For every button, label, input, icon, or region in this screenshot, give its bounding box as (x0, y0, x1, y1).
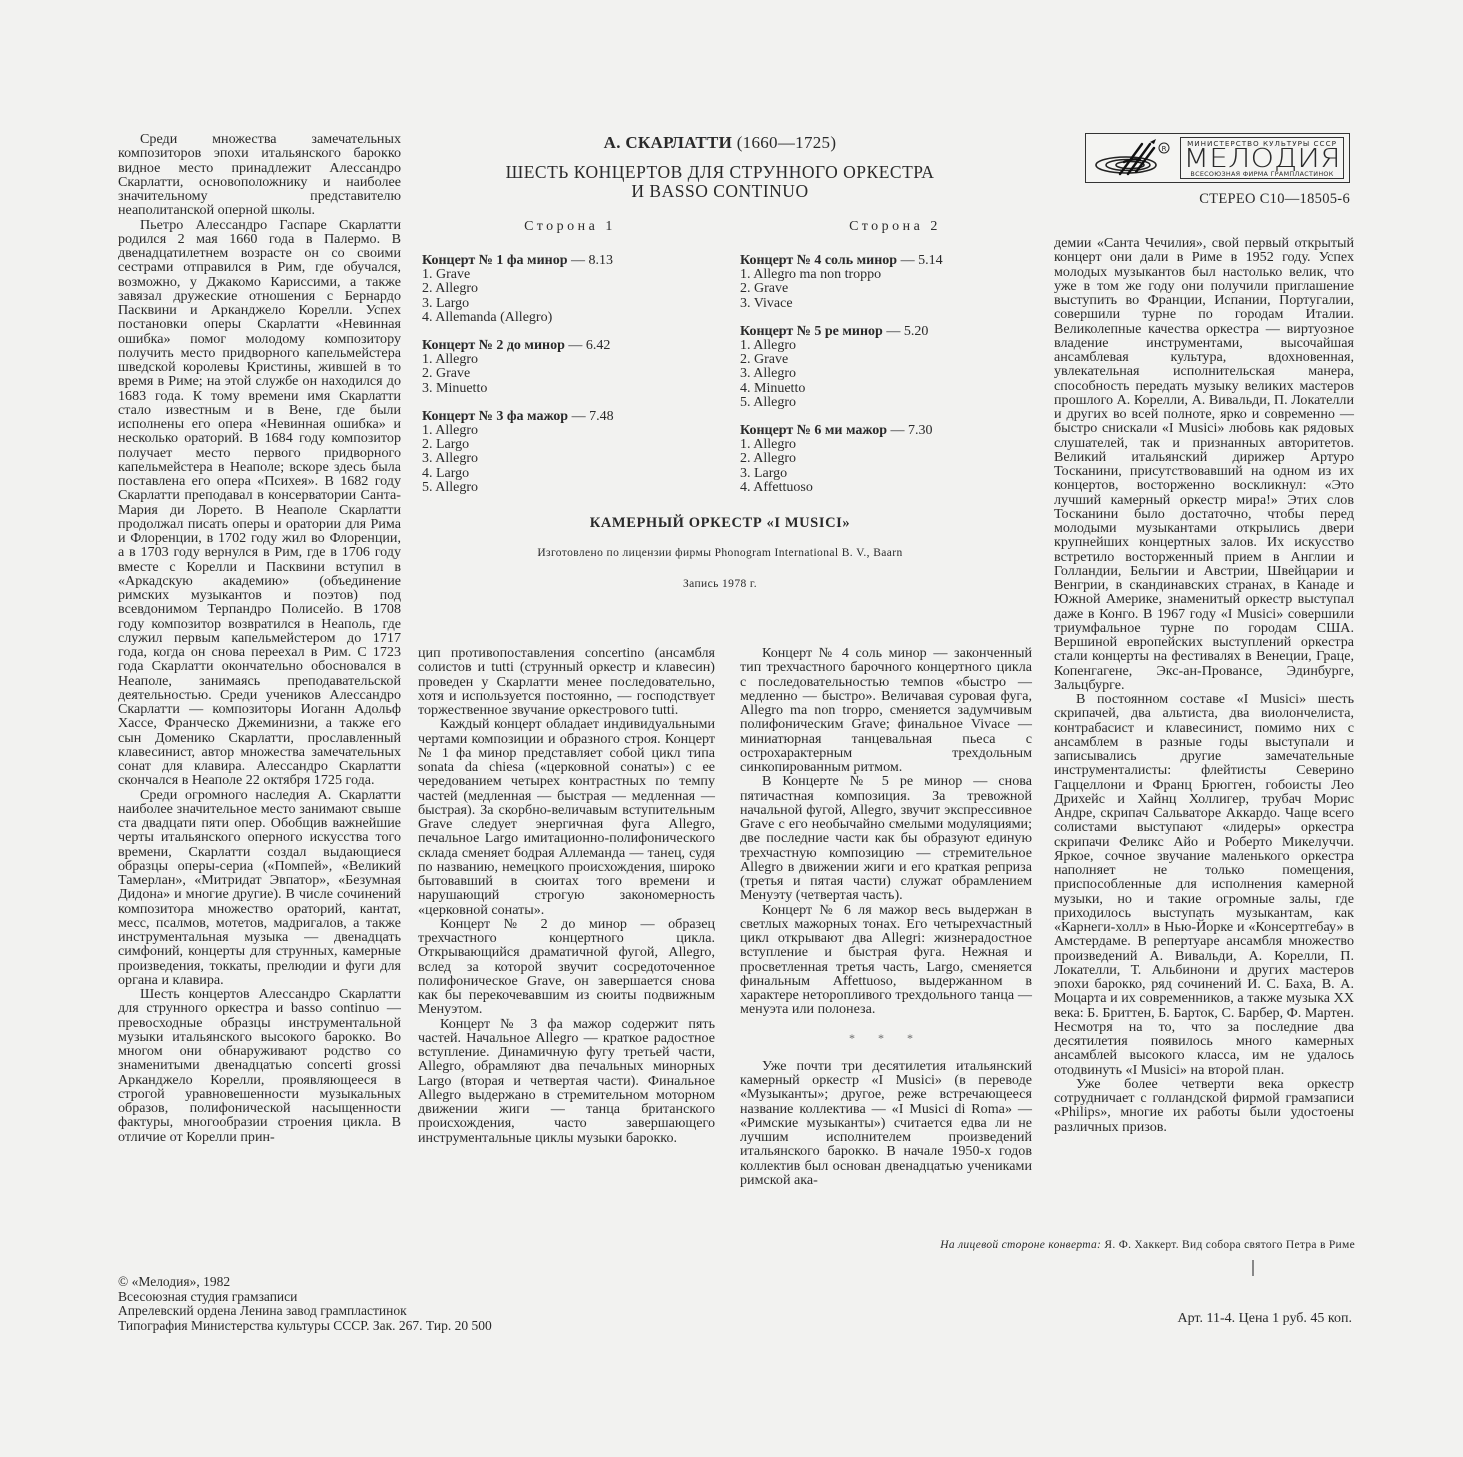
movement-item: 1. Allegro (740, 438, 1040, 452)
concerto-title: Концерт № 6 ми мажор — 7.30 (740, 424, 1040, 438)
catalog-number: СТЕРЕО С10—18505-6 (1180, 191, 1350, 208)
movement-item: 2. Grave (422, 367, 722, 381)
movement-item: 2. Grave (740, 282, 1040, 296)
melodiya-logo: R МИНИСТЕРСТВО КУЛЬТУРЫ СССР МЕЛОДИЯ ВСЕ… (1085, 133, 1350, 183)
concerto-title: Концерт № 4 соль минор — 5.14 (740, 254, 1040, 268)
movement-item: 2. Largo (422, 438, 722, 452)
paragraph: Концерт № 6 ля мажор весь выдержан в све… (740, 903, 1032, 1017)
concerto-title: Концерт № 5 ре минор — 5.20 (740, 325, 1040, 339)
concerto-duration: — 8.13 (571, 253, 613, 268)
concerto-duration: — 5.20 (886, 324, 928, 339)
paragraph: В постоянном составе «I Musici» шесть ск… (1054, 692, 1354, 1077)
movement-item: 3. Vivace (740, 297, 1040, 311)
movement-item: 1. Allegro (740, 339, 1040, 353)
movement-item: 1. Allegro ma non troppo (740, 268, 1040, 282)
print-mark (1252, 1260, 1254, 1276)
movement-item: 2. Allegro (740, 452, 1040, 466)
section-separator: * * * (740, 1031, 1032, 1045)
ensemble-name: КАМЕРНЫЙ ОРКЕСТР «I MUSICI» (420, 515, 1020, 532)
studio-line: Всесоюзная студия грамзаписи (118, 1290, 618, 1305)
movement-item: 2. Grave (740, 353, 1040, 367)
concerto-duration: — 6.42 (568, 338, 610, 353)
paragraph: Среди множества замечательных композитор… (118, 132, 401, 218)
composer-heading: А. СКАРЛАТТИ (1660—1725) (420, 133, 1020, 153)
composer-name: А. СКАРЛАТТИ (604, 133, 732, 152)
movement-item: 3. Largo (422, 297, 722, 311)
movement-item: 1. Grave (422, 268, 722, 282)
liner-notes-column-1: Среди множества замечательных композитор… (118, 132, 401, 1144)
concerto-block: Концерт № 3 фа мажор — 7.481. Allegro2. … (422, 410, 722, 495)
liner-notes-column-3: Концерт № 4 соль минор — законченный тип… (740, 646, 1032, 1187)
paragraph: Шесть концертов Алессандро Скарлатти для… (118, 987, 401, 1144)
album-title-line1: ШЕСТЬ КОНЦЕРТОВ ДЛЯ СТРУННОГО ОРКЕСТРА (420, 163, 1020, 182)
movement-item: 2. Allegro (422, 282, 722, 296)
liner-notes-column-2: цип противопоставления concertino (ансам… (418, 646, 715, 1145)
paragraph: Концерт № 4 соль минор — законченный тип… (740, 646, 1032, 774)
logo-brand-name: МЕЛОДИЯ (1169, 148, 1355, 170)
license-note: Изготовлено по лицензии фирмы Phonogram … (420, 547, 1020, 559)
movement-item: 3. Minuetto (422, 382, 722, 396)
movement-item: 3. Allegro (740, 367, 1040, 381)
paragraph: Среди огромного наследия А. Скарлатти на… (118, 788, 401, 988)
paragraph: Концерт № 3 фа мажор содержит пять часте… (418, 1017, 715, 1145)
svg-text:R: R (1162, 145, 1167, 153)
copyright-line: © «Мелодия», 1982 (118, 1275, 618, 1290)
concerto-title: Концерт № 2 до минор — 6.42 (422, 339, 722, 353)
paragraph: Уже почти три десятилетия итальянский ка… (740, 1059, 1032, 1187)
concerto-title: Концерт № 3 фа мажор — 7.48 (422, 410, 722, 424)
concerto-block: Концерт № 6 ми мажор — 7.301. Allegro2. … (740, 424, 1040, 495)
concerto-block: Концерт № 4 соль минор — 5.141. Allegro … (740, 254, 1040, 311)
concerto-block: Концерт № 1 фа минор — 8.131. Grave2. Al… (422, 254, 722, 325)
side-2-heading: Сторона 2 (735, 219, 1055, 235)
cover-art-credit-text: Я. Ф. Хаккерт. Вид собора святого Петра … (1104, 1239, 1355, 1251)
composer-years: (1660—1725) (737, 133, 837, 152)
album-title-line2: И BASSO CONTINUO (420, 182, 1020, 201)
concerto-duration: — 7.30 (890, 423, 932, 438)
concerto-duration: — 5.14 (901, 253, 943, 268)
price-line: Арт. 11-4. Цена 1 руб. 45 коп. (1060, 1311, 1352, 1327)
movement-item: 5. Allegro (422, 481, 722, 495)
liner-notes-column-4: демии «Санта Чечилия», свой первый откры… (1054, 236, 1354, 1134)
cover-art-credit: На лицевой стороне конверта: Я. Ф. Хакке… (840, 1239, 1355, 1251)
movement-item: 4. Affettuoso (740, 481, 1040, 495)
side-1-heading: Сторона 1 (420, 219, 720, 235)
paragraph: В Концерте № 5 ре минор — снова пятичаст… (740, 774, 1032, 902)
movement-item: 4. Allemanda (Allegro) (422, 311, 722, 325)
concerto-title: Концерт № 1 фа минор — 8.13 (422, 254, 722, 268)
paragraph: Уже более четверти века оркестр сотрудни… (1054, 1077, 1354, 1134)
movement-item: 1. Allegro (422, 424, 722, 438)
side-1-tracklist: Концерт № 1 фа минор — 8.131. Grave2. Al… (422, 254, 722, 509)
paragraph: Концерт № 2 до минор — образец трехчастн… (418, 917, 715, 1017)
concerto-block: Концерт № 5 ре минор — 5.201. Allegro2. … (740, 325, 1040, 410)
factory-line: Апрелевский ордена Ленина завод грамплас… (118, 1304, 618, 1319)
melodiya-emblem-icon: R (1090, 138, 1172, 178)
movement-item: 3. Allegro (422, 452, 722, 466)
publisher-info: © «Мелодия», 1982 Всесоюзная студия грам… (118, 1275, 618, 1333)
paragraph: цип противопоставления concertino (ансам… (418, 646, 715, 717)
paragraph: демии «Санта Чечилия», свой первый откры… (1054, 236, 1354, 692)
album-title: ШЕСТЬ КОНЦЕРТОВ ДЛЯ СТРУННОГО ОРКЕСТРА И… (420, 163, 1020, 201)
concerto-block: Концерт № 2 до минор — 6.421. Allegro2. … (422, 339, 722, 396)
paragraph: Пьетро Алессандро Гаспаре Скарлатти роди… (118, 218, 401, 788)
movement-item: 4. Minuetto (740, 382, 1040, 396)
movement-item: 3. Largo (740, 467, 1040, 481)
paragraph: Каждый концерт обладает индивидуальными … (418, 717, 715, 917)
cover-art-credit-label: На лицевой стороне конверта: (940, 1239, 1101, 1251)
concerto-duration: — 7.48 (572, 409, 614, 424)
movement-item: 1. Allegro (422, 353, 722, 367)
movement-item: 5. Allegro (740, 396, 1040, 410)
printing-line: Типография Министерства культуры СССР. З… (118, 1319, 618, 1334)
recording-year: Запись 1978 г. (420, 578, 1020, 590)
side-2-tracklist: Концерт № 4 соль минор — 5.141. Allegro … (740, 254, 1040, 509)
melodiya-wordmark: МИНИСТЕРСТВО КУЛЬТУРЫ СССР МЕЛОДИЯ ВСЕСО… (1180, 137, 1344, 179)
movement-item: 4. Largo (422, 467, 722, 481)
